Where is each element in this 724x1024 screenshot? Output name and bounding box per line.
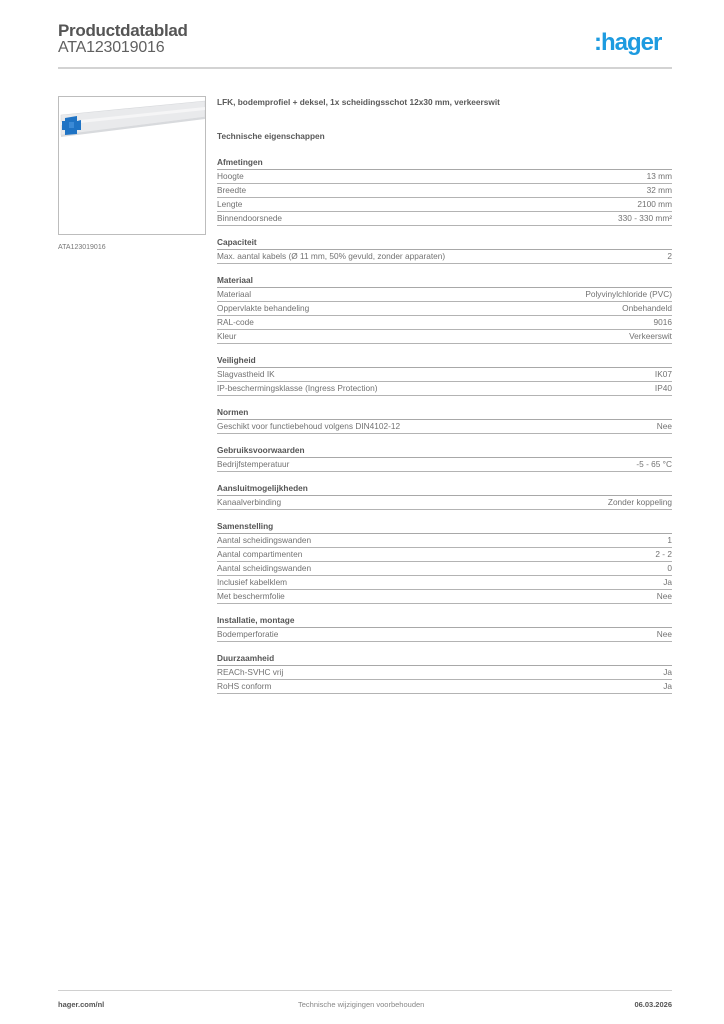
spec-value: Ja	[663, 576, 672, 589]
spec-value: 0	[667, 562, 672, 575]
header-divider	[58, 67, 672, 69]
spec-row: Breedte32 mm	[217, 184, 672, 198]
cable-duct-product-image-icon	[59, 97, 206, 235]
spec-row: KleurVerkeerswit	[217, 330, 672, 344]
spec-value: Verkeerswit	[629, 330, 672, 343]
spec-row: Lengte2100 mm	[217, 198, 672, 212]
spec-row: RAL-code9016	[217, 316, 672, 330]
spec-row: IP-beschermingsklasse (Ingress Protectio…	[217, 382, 672, 396]
spec-row: MateriaalPolyvinylchloride (PVC)	[217, 288, 672, 302]
spec-label: Breedte	[217, 184, 246, 197]
product-description: LFK, bodemprofiel + deksel, 1x scheiding…	[217, 96, 672, 110]
spec-row: Max. aantal kabels (Ø 11 mm, 50% gevuld,…	[217, 250, 672, 264]
spec-label: Max. aantal kabels (Ø 11 mm, 50% gevuld,…	[217, 250, 445, 263]
product-details: LFK, bodemprofiel + deksel, 1x scheiding…	[217, 96, 672, 694]
spec-value: 330 - 330 mm²	[618, 212, 672, 225]
spec-section: Installatie, montageBodemperforatieNee	[217, 614, 672, 642]
spec-section: CapaciteitMax. aantal kabels (Ø 11 mm, 5…	[217, 236, 672, 264]
spec-label: Slagvastheid IK	[217, 368, 275, 381]
spec-section: AfmetingenHoogte13 mmBreedte32 mmLengte2…	[217, 156, 672, 226]
section-header: Afmetingen	[217, 156, 672, 170]
spec-value: Nee	[657, 590, 672, 603]
spec-row: Geschikt voor functiebehoud volgens DIN4…	[217, 420, 672, 434]
spec-row: Hoogte13 mm	[217, 170, 672, 184]
spec-value: 2100 mm	[637, 198, 672, 211]
spec-value: 1	[667, 534, 672, 547]
spec-value: 9016	[654, 316, 672, 329]
product-code: ATA123019016	[58, 39, 164, 57]
spec-row: Bedrijfstemperatuur-5 - 65 °C	[217, 458, 672, 472]
spec-sections: AfmetingenHoogte13 mmBreedte32 mmLengte2…	[217, 156, 672, 694]
image-caption: ATA123019016	[58, 244, 106, 251]
spec-label: Bodemperforatie	[217, 628, 278, 641]
spec-value: 32 mm	[647, 184, 672, 197]
product-image	[58, 96, 206, 235]
spec-label: Aantal scheidingswanden	[217, 562, 311, 575]
section-header: Samenstelling	[217, 520, 672, 534]
spec-value: 2	[667, 250, 672, 263]
footer-divider	[58, 990, 672, 991]
section-header: Normen	[217, 406, 672, 420]
spec-label: RoHS conform	[217, 680, 271, 693]
spec-label: Aantal compartimenten	[217, 548, 302, 561]
spec-value: Polyvinylchloride (PVC)	[585, 288, 672, 301]
spec-section: GebruiksvoorwaardenBedrijfstemperatuur-5…	[217, 444, 672, 472]
spec-row: Inclusief kabelklemJa	[217, 576, 672, 590]
technical-properties-title: Technische eigenschappen	[217, 130, 672, 144]
spec-label: Lengte	[217, 198, 242, 211]
spec-value: IP40	[655, 382, 672, 395]
section-header: Installatie, montage	[217, 614, 672, 628]
spec-section: MateriaalMateriaalPolyvinylchloride (PVC…	[217, 274, 672, 344]
spec-label: Kleur	[217, 330, 236, 343]
footer-date: 06.03.2026	[634, 1000, 672, 1009]
spec-label: REACh-SVHC vrij	[217, 666, 283, 679]
section-header: Veiligheid	[217, 354, 672, 368]
hager-logo: :hager	[594, 29, 661, 57]
spec-section: VeiligheidSlagvastheid IKIK07IP-bescherm…	[217, 354, 672, 396]
spec-label: Materiaal	[217, 288, 251, 301]
spec-value: Onbehandeld	[622, 302, 672, 315]
section-header: Gebruiksvoorwaarden	[217, 444, 672, 458]
spec-value: Nee	[657, 628, 672, 641]
spec-row: KanaalverbindingZonder koppeling	[217, 496, 672, 510]
spec-label: RAL-code	[217, 316, 254, 329]
section-header: Capaciteit	[217, 236, 672, 250]
spec-section: AansluitmogelijkhedenKanaalverbindingZon…	[217, 482, 672, 510]
footer-disclaimer: Technische wijzigingen voorbehouden	[298, 1000, 424, 1009]
spec-label: Met beschermfolie	[217, 590, 285, 603]
spec-section: SamenstellingAantal scheidingswanden1Aan…	[217, 520, 672, 604]
spec-row: Aantal scheidingswanden1	[217, 534, 672, 548]
spec-row: REACh-SVHC vrijJa	[217, 666, 672, 680]
spec-section: DuurzaamheidREACh-SVHC vrijJaRoHS confor…	[217, 652, 672, 694]
spec-label: Hoogte	[217, 170, 244, 183]
spec-label: IP-beschermingsklasse (Ingress Protectio…	[217, 382, 377, 395]
spec-label: Kanaalverbinding	[217, 496, 281, 509]
spec-value: Ja	[663, 666, 672, 679]
spec-value: Zonder koppeling	[608, 496, 672, 509]
spec-section: NormenGeschikt voor functiebehoud volgen…	[217, 406, 672, 434]
section-header: Duurzaamheid	[217, 652, 672, 666]
spec-value: 13 mm	[647, 170, 672, 183]
spec-value: Ja	[663, 680, 672, 693]
spec-row: Aantal scheidingswanden0	[217, 562, 672, 576]
document-title: Productdatablad	[58, 21, 188, 41]
spec-row: Met beschermfolieNee	[217, 590, 672, 604]
spec-row: BodemperforatieNee	[217, 628, 672, 642]
spec-label: Bedrijfstemperatuur	[217, 458, 289, 471]
spec-value: -5 - 65 °C	[636, 458, 672, 471]
section-header: Aansluitmogelijkheden	[217, 482, 672, 496]
spec-row: Slagvastheid IKIK07	[217, 368, 672, 382]
spec-value: IK07	[655, 368, 672, 381]
spec-row: Binnendoorsnede330 - 330 mm²	[217, 212, 672, 226]
spec-label: Oppervlakte behandeling	[217, 302, 309, 315]
spec-row: RoHS conformJa	[217, 680, 672, 694]
spec-label: Geschikt voor functiebehoud volgens DIN4…	[217, 420, 400, 433]
spec-label: Inclusief kabelklem	[217, 576, 287, 589]
footer-website: hager.com/nl	[58, 1000, 104, 1009]
spec-value: 2 - 2	[655, 548, 672, 561]
spec-value: Nee	[657, 420, 672, 433]
section-header: Materiaal	[217, 274, 672, 288]
spec-row: Oppervlakte behandelingOnbehandeld	[217, 302, 672, 316]
spec-row: Aantal compartimenten2 - 2	[217, 548, 672, 562]
spec-label: Binnendoorsnede	[217, 212, 282, 225]
spec-label: Aantal scheidingswanden	[217, 534, 311, 547]
